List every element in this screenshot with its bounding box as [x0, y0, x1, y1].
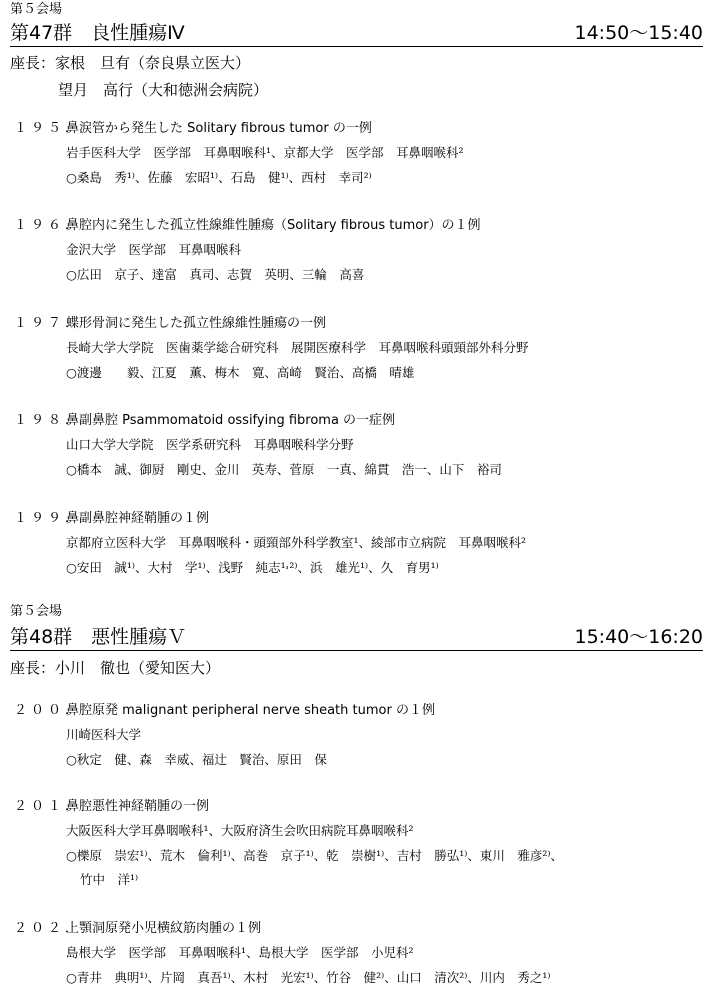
presentation-title-text: 鼻副鼻腔 Psammomatoid ossifying fibroma の一症例	[66, 413, 395, 428]
authors: ○櫟原 崇宏¹⁾、荒木 倫利¹⁾、高巻 京子¹⁾、乾 崇樹¹⁾、吉村 勝弘¹⁾、…	[66, 848, 563, 864]
presentation-number: ２０１．	[14, 799, 66, 815]
affiliation: 島根大学 医学部 耳鼻咽喉科¹、島根大学 医学部 小児科²	[66, 945, 414, 961]
presentation-title: ２０２．上顎洞原発小児横紋筋肉腫の１例	[14, 921, 261, 937]
session-time: 15:40～16:20	[574, 626, 703, 648]
authors: ○桑島 秀¹⁾、佐藤 宏昭¹⁾、石島 健¹⁾、西村 幸司²⁾	[66, 170, 372, 186]
venue-label: 第５会場	[10, 604, 62, 620]
presentation-title-text: 鼻腔悪性神経鞘腫の一例	[66, 799, 209, 814]
presentation-number: ２００．	[14, 703, 66, 719]
authors: ○青井 典明¹⁾、片岡 真吾¹⁾、木村 光宏¹⁾、竹谷 健²⁾、山口 清次²⁾、…	[66, 970, 550, 984]
affiliation: 山口大学大学院 医学系研究科 耳鼻咽喉科学分野	[66, 437, 354, 453]
affiliation: 川崎医科大学	[66, 727, 141, 743]
presentation-title-text: 蝶形骨洞に発生した孤立性線維性腫瘍の一例	[66, 316, 326, 331]
presentation-title-text: 鼻副鼻腔神経鞘腫の１例	[66, 511, 209, 526]
presentation-number: １９６．	[14, 218, 66, 234]
affiliation: 京都府立医科大学 耳鼻咽喉科・頭頸部外科学教室¹、綾部市立病院 耳鼻咽喉科²	[66, 535, 526, 551]
session-time: 14:50～15:40	[574, 22, 703, 44]
presentation-title: １９５．鼻涙管から発生した Solitary fibrous tumor の一例	[14, 121, 372, 137]
affiliation: 岩手医科大学 医学部 耳鼻咽喉科¹、京都大学 医学部 耳鼻咽喉科²	[66, 145, 464, 161]
presentation-number: １９９．	[14, 511, 66, 527]
presentation-number: １９８．	[14, 413, 66, 429]
affiliation: 長崎大学大学院 医歯薬学総合研究科 展開医療科学 耳鼻咽喉科頭頸部外科分野	[66, 340, 529, 356]
presentation-title: ２００．鼻腔原発 malignant peripheral nerve shea…	[14, 703, 435, 719]
presentation-title-text: 上顎洞原発小児横紋筋肉腫の１例	[66, 921, 261, 936]
affiliation: 大阪医科大学耳鼻咽喉科¹、大阪府済生会吹田病院耳鼻咽喉科²	[66, 823, 414, 839]
presentation-number: １９７．	[14, 316, 66, 332]
authors: ○渡邊 毅、江夏 薫、梅木 寛、高崎 賢治、高橋 晴雄	[66, 365, 414, 381]
presentation-title: １９９．鼻副鼻腔神経鞘腫の１例	[14, 511, 209, 527]
presentation-title-text: 鼻腔原発 malignant peripheral nerve sheath t…	[66, 703, 435, 718]
presentation-title: １９７．蝶形骨洞に発生した孤立性線維性腫瘍の一例	[14, 316, 326, 332]
presentation-title: ２０１．鼻腔悪性神経鞘腫の一例	[14, 799, 209, 815]
chair-1: 座長：家根 旦有（奈良県立医大）	[10, 54, 250, 72]
chair-2: 望月 高行（大和徳洲会病院）	[58, 81, 268, 99]
presentation-number: ２０２．	[14, 921, 66, 937]
affiliation: 金沢大学 医学部 耳鼻咽喉科	[66, 242, 241, 258]
presentation-title: １９６．鼻腔内に発生した孤立性線維性腫瘍（Solitary fibrous tu…	[14, 218, 481, 234]
presentation-title-text: 鼻腔内に発生した孤立性線維性腫瘍（Solitary fibrous tumor）…	[66, 218, 481, 233]
authors: ○広田 京子、達富 真司、志賀 英明、三輪 高喜	[66, 267, 364, 283]
presentation-title-text: 鼻涙管から発生した Solitary fibrous tumor の一例	[66, 121, 372, 136]
chair-1: 座長：小川 徹也（愛知医大）	[10, 659, 220, 677]
presentation-number: １９５．	[14, 121, 66, 137]
presentation-title: １９８．鼻副鼻腔 Psammomatoid ossifying fibroma …	[14, 413, 395, 429]
group-header: 第48群 悪性腫瘍Ｖ 15:40～16:20	[10, 626, 703, 651]
authors: ○安田 誠¹⁾、大村 学¹⁾、浅野 純志¹˒²⁾、浜 雄光¹⁾、久 育男¹⁾	[66, 560, 439, 576]
authors: ○秋定 健、森 幸威、福辻 賢治、原田 保	[66, 752, 327, 768]
authors-continued: 竹中 洋¹⁾	[80, 872, 138, 888]
group-title: 第47群 良性腫瘍Ⅳ	[10, 22, 185, 44]
authors: ○橋本 誠、御厨 剛史、金川 英寿、菅原 一真、綿貫 浩一、山下 裕司	[66, 462, 502, 478]
group-header: 第47群 良性腫瘍Ⅳ 14:50～15:40	[10, 22, 703, 47]
venue-label: 第５会場	[10, 2, 62, 18]
group-title: 第48群 悪性腫瘍Ｖ	[10, 626, 186, 648]
